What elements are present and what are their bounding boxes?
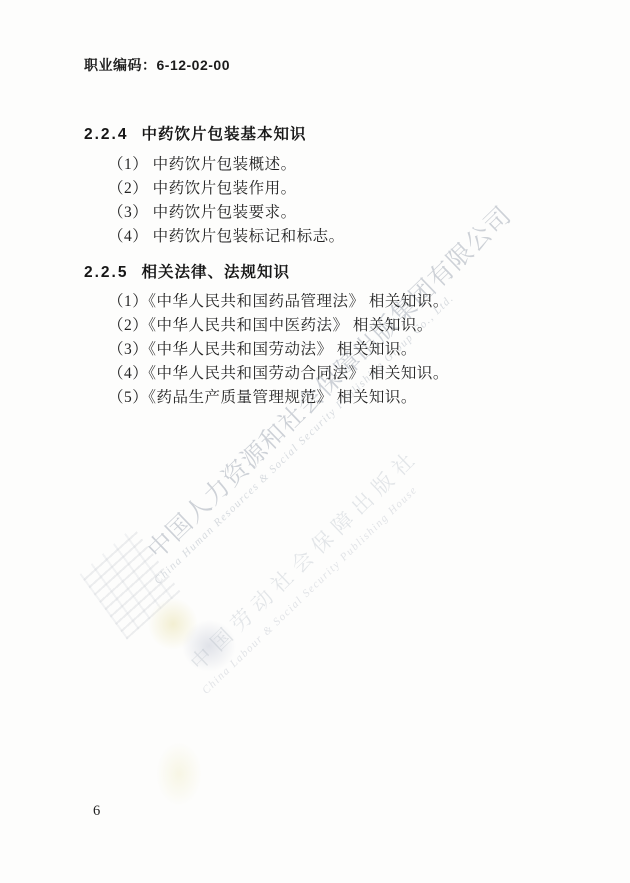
page-content: 职业编码：6-12-02-00 2.2.4中药饮片包装基本知识 （1） 中药饮片… [0, 0, 630, 883]
list-item: （3） 中药饮片包装要求。 [108, 201, 345, 225]
list-item: （2）《中华人民共和国中医药法》 相关知识。 [108, 314, 449, 338]
page-number: 6 [93, 803, 100, 820]
knowledge-list-2-2-4: （1） 中药饮片包装概述。 （2） 中药饮片包装作用。 （3） 中药饮片包装要求… [108, 153, 345, 249]
knowledge-list-2-2-5: （1）《中华人民共和国药品管理法》 相关知识。 （2）《中华人民共和国中医药法》… [108, 290, 449, 410]
occupation-code: 职业编码：6-12-02-00 [84, 55, 230, 75]
list-item: （1）《中华人民共和国药品管理法》 相关知识。 [108, 290, 449, 314]
section-number: 2.2.5 [84, 264, 128, 281]
document-page: 中国人力资源和社会保障出版集团有限公司 China Human Resource… [0, 0, 630, 883]
list-item: （4） 中药饮片包装标记和标志。 [108, 225, 345, 249]
list-item: （3）《中华人民共和国劳动法》 相关知识。 [108, 338, 449, 362]
section-heading-2-2-5: 2.2.5相关法律、法规知识 [84, 260, 290, 282]
list-item: （5）《药品生产质量管理规范》 相关知识。 [108, 386, 449, 410]
list-item: （2） 中药饮片包装作用。 [108, 177, 345, 201]
section-number: 2.2.4 [84, 126, 128, 143]
section-title: 中药饮片包装基本知识 [141, 126, 306, 143]
list-item: （4）《中华人民共和国劳动合同法》 相关知识。 [108, 362, 449, 386]
section-title: 相关法律、法规知识 [141, 264, 290, 281]
list-item: （1） 中药饮片包装概述。 [108, 153, 345, 177]
section-heading-2-2-4: 2.2.4中药饮片包装基本知识 [84, 122, 307, 144]
